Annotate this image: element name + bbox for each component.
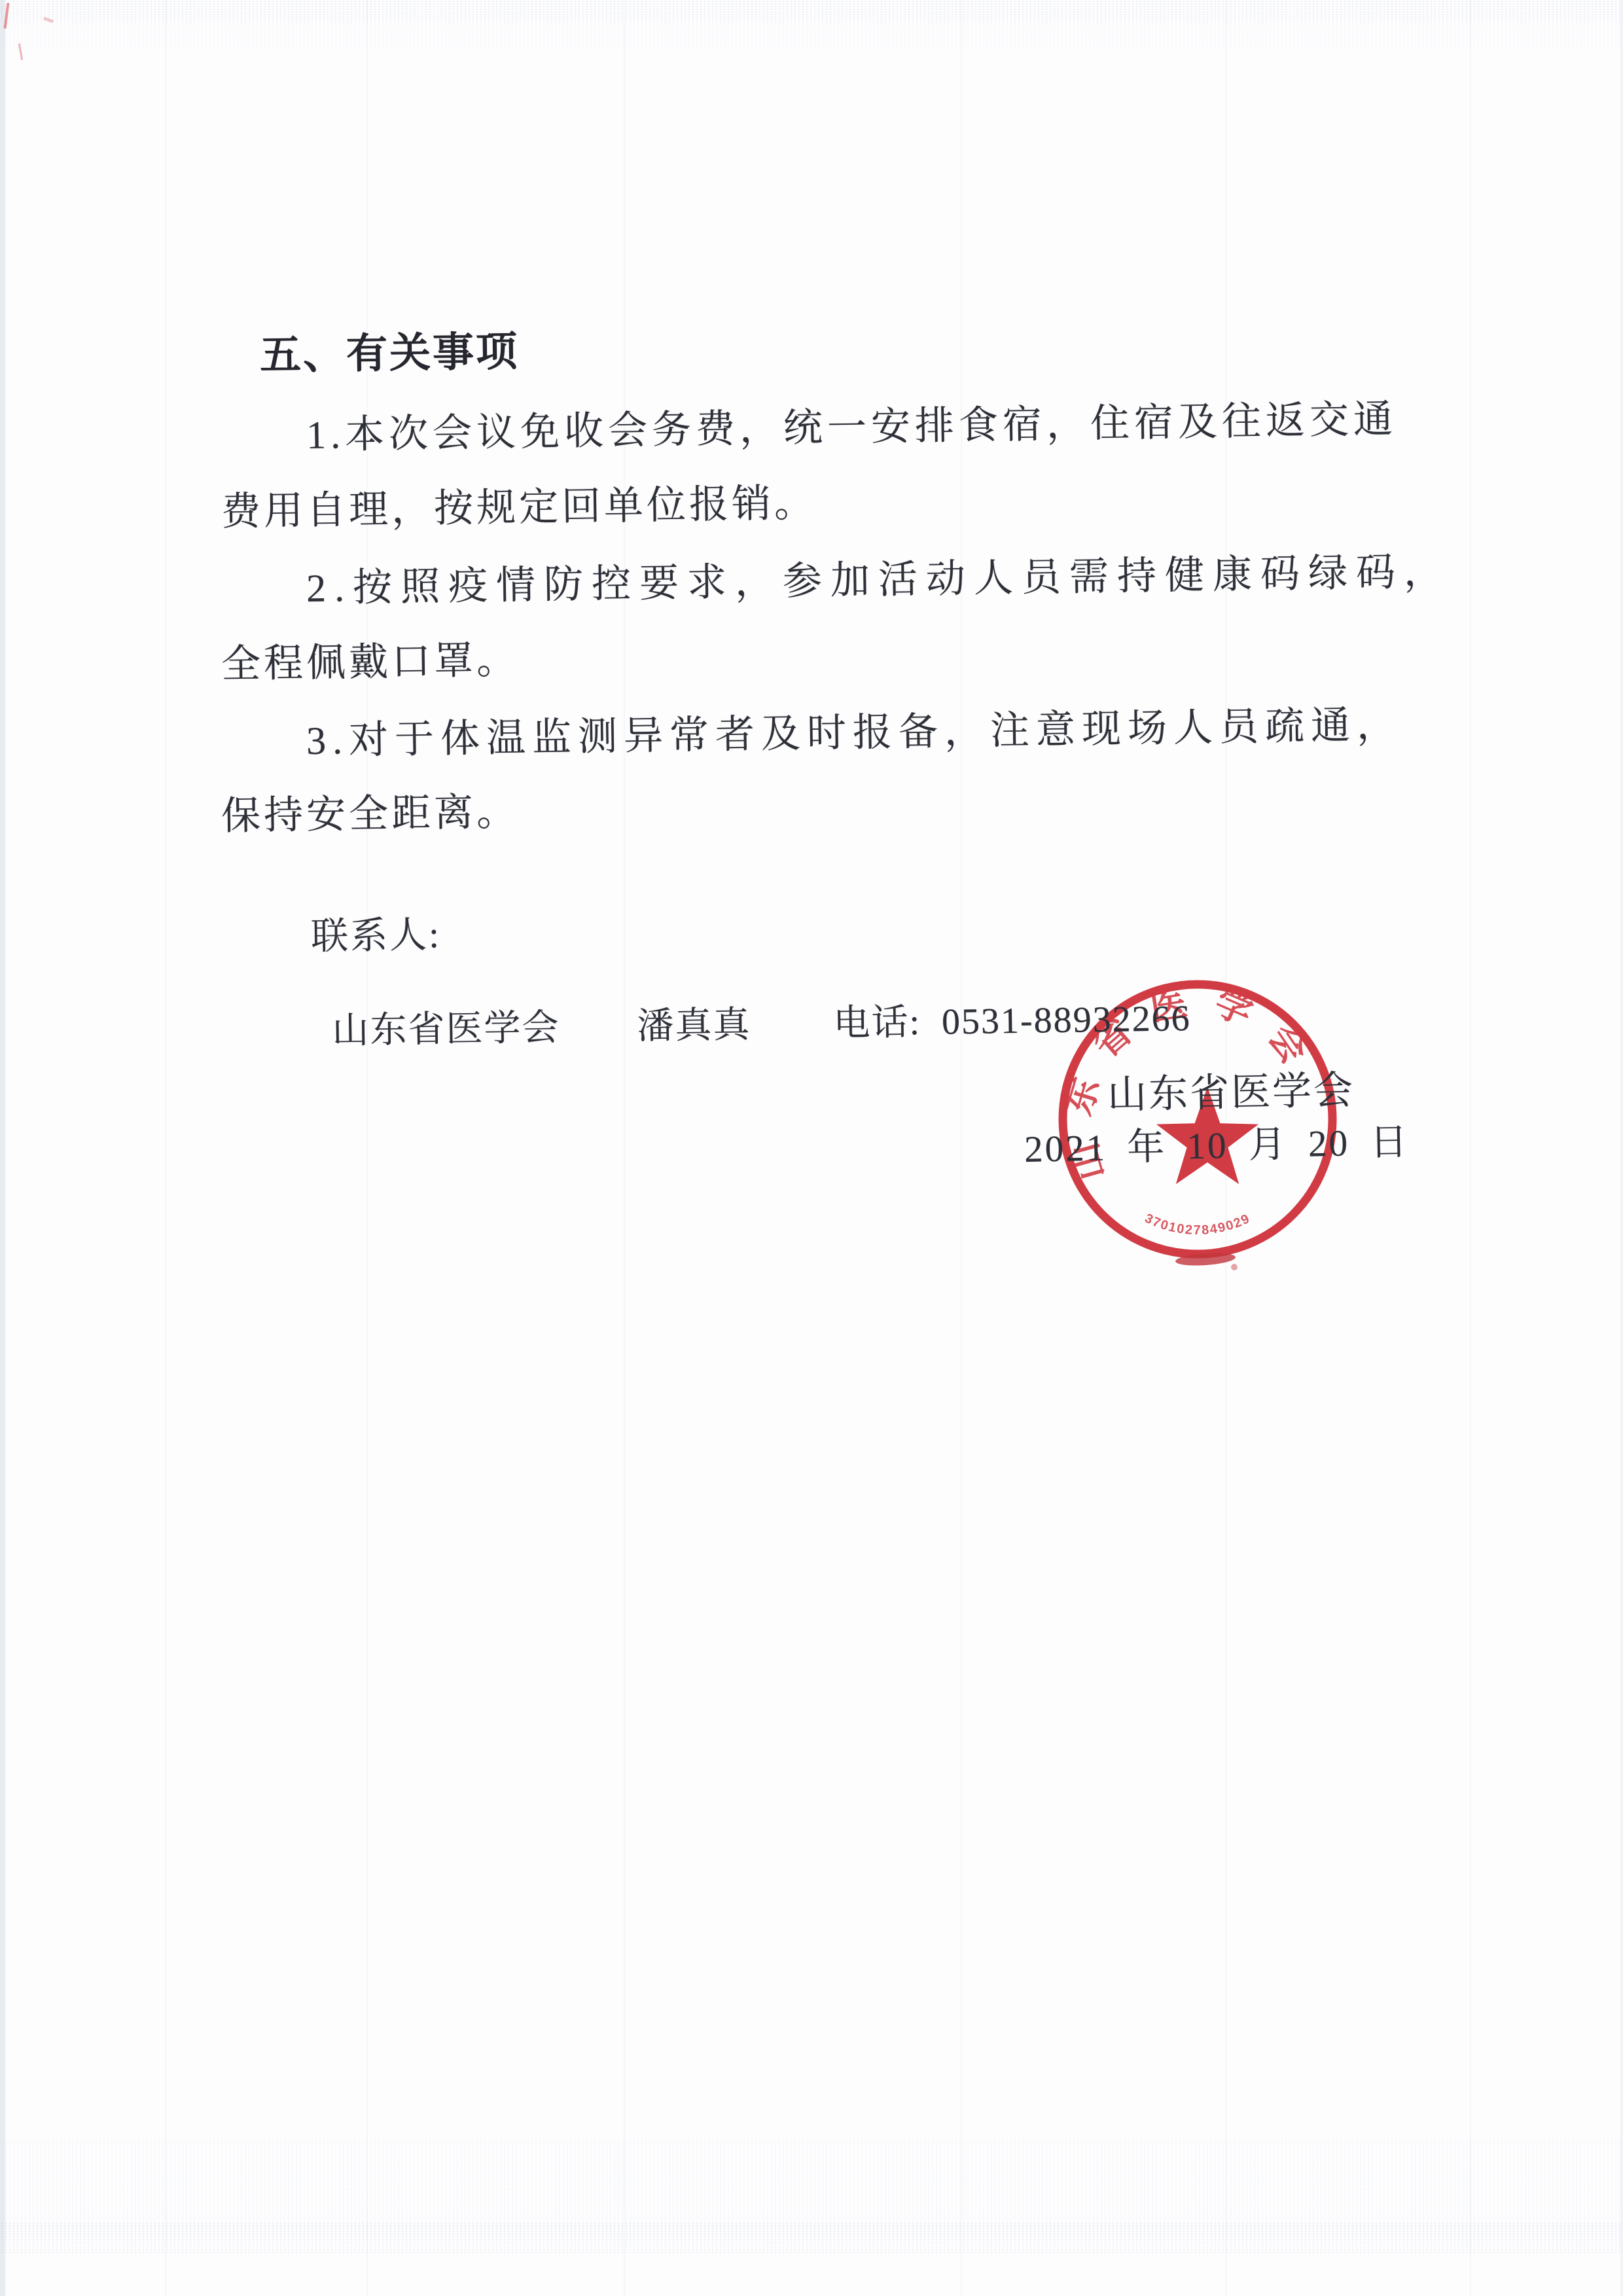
scan-streak	[961, 0, 962, 2296]
signature-date-line: 2021 年 10 月 20 日	[1024, 1112, 1410, 1173]
body-text-line: 费用自理，按规定回单位报销。	[221, 472, 817, 537]
contact-org: 山东省医学会	[332, 1007, 560, 1051]
scan-streak	[624, 0, 625, 2296]
signature-org-line: 山东省医学会	[1107, 1059, 1355, 1120]
seal-serial-number: 3701027849029	[1143, 1211, 1253, 1238]
scan-noise-top-fade	[0, 22, 1623, 48]
page-edge-left	[0, 0, 5, 2296]
contact-phone-number: 0531-88932266	[942, 998, 1192, 1043]
scan-noise-top	[0, 0, 1623, 22]
body-text-line: 2.按照疫情防控要求，参加活动人员需持健康码绿码，	[306, 540, 1452, 613]
contact-phone-label: 电话:	[833, 1002, 921, 1044]
scan-noise-bottom-band	[0, 2222, 1623, 2253]
section-heading: 五、有关事项	[259, 318, 519, 382]
body-text-line: 保持安全距离。	[221, 780, 519, 841]
page-edge-right	[1620, 0, 1623, 2296]
seal-ink-blob	[1231, 1264, 1238, 1270]
body-text-line: 3.对于体温监测异常者及时报备，注意现场人员疏通，	[306, 693, 1402, 766]
body-text-line: 全程佩戴口罩。	[221, 628, 519, 689]
body-text-line: 1.本次会议免收会务费，统一安排食宿，住宿及往返交通	[306, 387, 1397, 460]
contact-info-line: 山东省医学会潘真真电话:0531-88932266	[310, 947, 1191, 1054]
contact-person: 潘真真	[637, 1005, 751, 1047]
scan-streak	[1470, 0, 1471, 2296]
contact-label: 联系人:	[310, 905, 441, 960]
scan-streak	[165, 0, 166, 2296]
scanned-document-page: { "document": { "heading": "五、有关事项", "pa…	[0, 0, 1623, 2296]
